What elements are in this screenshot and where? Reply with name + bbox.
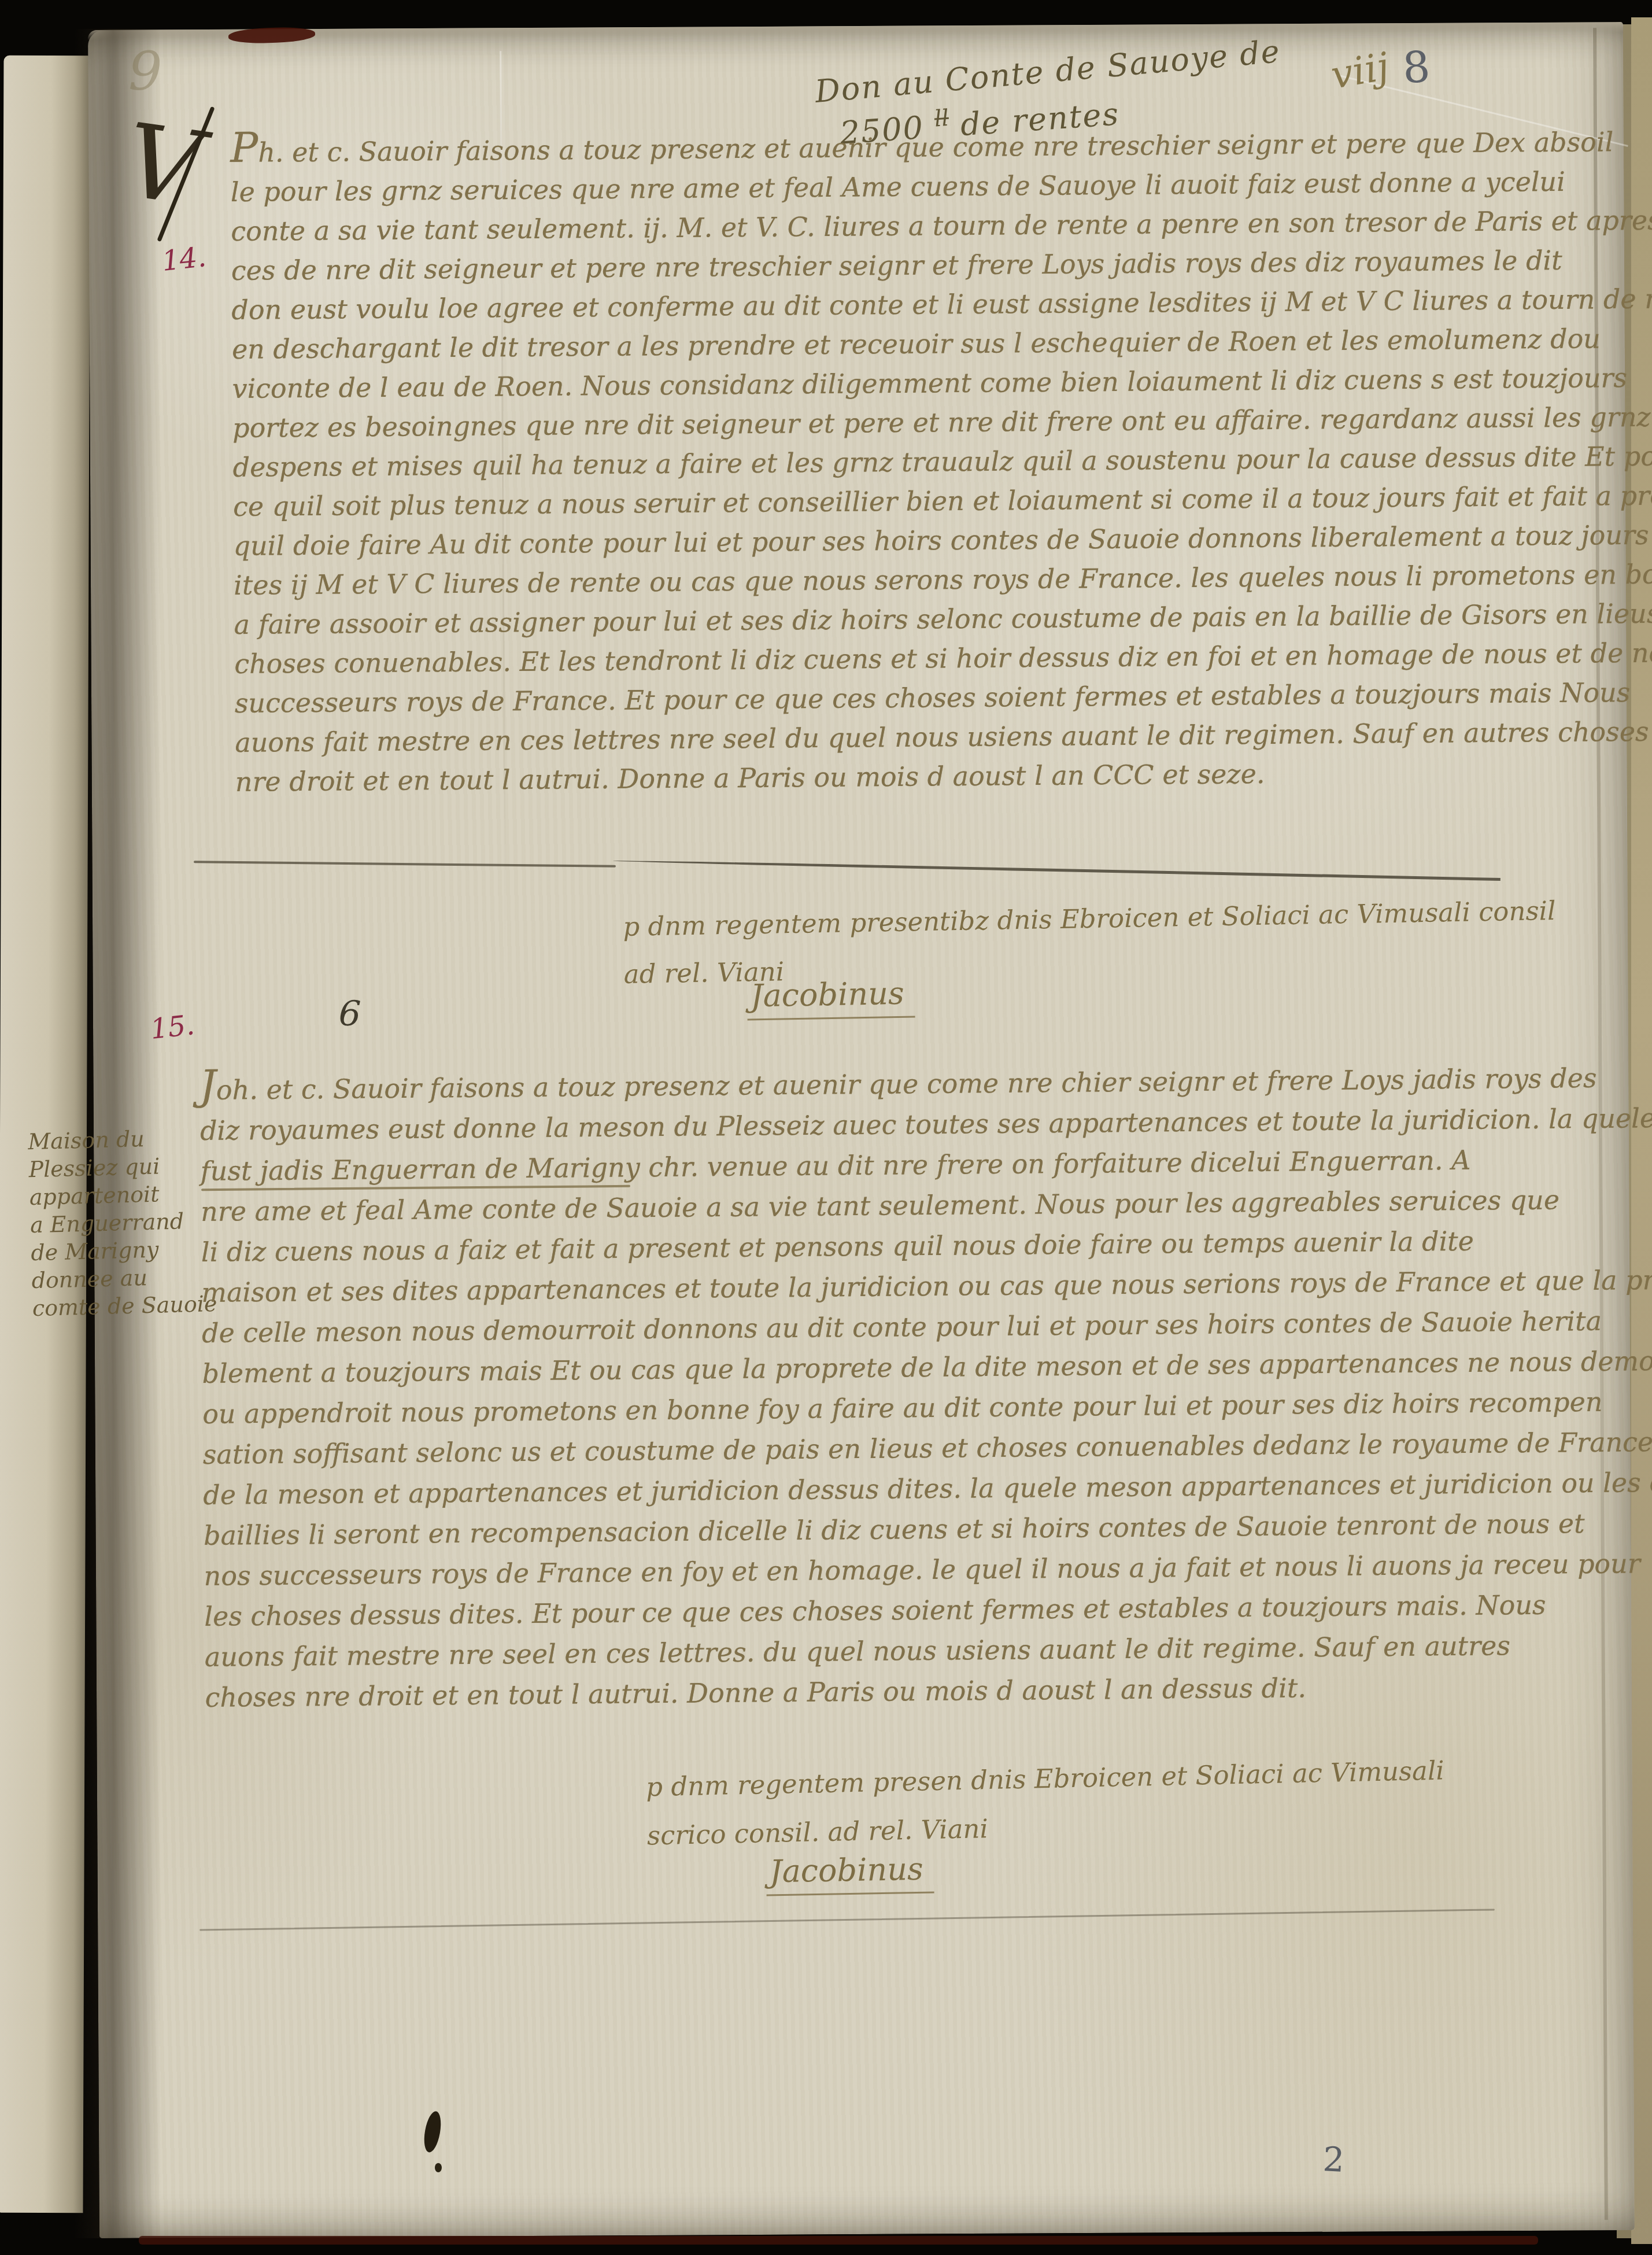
folio-number-pencil: 8	[1401, 42, 1432, 93]
act2-clerk-signature: Jacobinus	[766, 1850, 934, 1896]
margin-note-line: Plessiez qui	[28, 1151, 220, 1184]
act2-chancery-subscription: p dnm regentem presen dnis Ebroicen et S…	[645, 1747, 1446, 1861]
margin-note-line: comte de Sauoie	[32, 1290, 223, 1323]
margin-paraph-mark: V	[119, 110, 206, 221]
margin-note: Maison duPlessiez quiappartenoita Enguer…	[28, 1123, 224, 1323]
margin-note-line: Maison du	[28, 1123, 219, 1156]
act1-body-text: Ph. et c. Sauoir faisons a touz presenz …	[230, 116, 1652, 802]
margin-note-line: de Marigny	[31, 1234, 222, 1267]
entry-number-14: 14.	[160, 241, 208, 278]
margin-note-line: donnee au	[31, 1262, 223, 1295]
margin-note-line: a Enguerrand	[29, 1206, 221, 1239]
margin-note-line: appartenoit	[29, 1179, 220, 1212]
act1-clerk-signature: Jacobinus	[746, 975, 915, 1020]
manuscript-photograph: { "page": { "header_annotation": { "line…	[0, 0, 1652, 2255]
entry-number-15: 15.	[149, 1009, 196, 1046]
page-number-bottom: 2	[1322, 2139, 1345, 2180]
ink-blot-dot	[435, 2163, 442, 2172]
faded-ink-mark: 9	[128, 40, 162, 102]
bottom-board-edge	[139, 2236, 1538, 2245]
page-top-edge	[88, 22, 1623, 40]
act2-body-text: Joh. et c. Sauoir faisons a touz presenz…	[199, 1051, 1652, 1718]
quire-number-6: 6	[338, 993, 362, 1034]
